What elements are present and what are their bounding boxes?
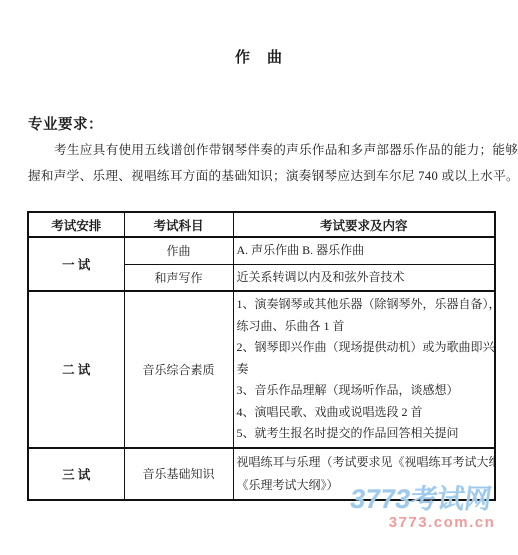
- cell-content-harmony-writing: 近关系转调以内及和弦外音技术: [233, 264, 495, 291]
- content-line: 近关系转调以内及和弦外音技术: [237, 267, 493, 289]
- exam-table: 考试安排 考试科目 考试要求及内容 一 试 作曲 A. 声乐作曲 B. 器乐作曲…: [27, 211, 496, 501]
- document-page: 作 曲 专业要求： 考生应具有使用五线谱创作带钢琴伴奏的声乐作品和多声部器乐作品…: [0, 0, 518, 555]
- table-row-exam1-composition: 一 试 作曲 A. 声乐作曲 B. 器乐作曲: [28, 237, 495, 264]
- cell-exam-3: 三 试: [28, 448, 124, 500]
- content-line: 1、演奏钢琴或其他乐器（除钢琴外，乐器自备），: [237, 294, 493, 316]
- cell-exam-2: 二 试: [28, 291, 124, 448]
- cell-subject-music-comprehensive: 音乐综合素质: [124, 291, 233, 448]
- table-header-row: 考试安排 考试科目 考试要求及内容: [28, 212, 495, 237]
- col-header-exam-requirements: 考试要求及内容: [233, 212, 495, 237]
- col-header-exam-subject: 考试科目: [124, 212, 233, 237]
- content-line: 视唱练耳与乐理（考试要求见《视唱练耳考试大纲》: [237, 451, 493, 474]
- cell-content-composition: A. 声乐作曲 B. 器乐作曲: [233, 237, 495, 264]
- cell-content-music-comprehensive: 1、演奏钢琴或其他乐器（除钢琴外，乐器自备）， 练习曲、乐曲各 1 首 2、钢琴…: [233, 291, 495, 448]
- watermark: 3773考试网 3773.com.cn: [330, 484, 512, 531]
- content-line: 奏: [237, 359, 493, 381]
- watermark-domain-text: 3773.com.cn: [330, 514, 512, 531]
- cell-subject-harmony-writing: 和声写作: [124, 264, 233, 291]
- requirement-line-2: 握和声学、乐理、视唱练耳方面的基础知识；演奏钢琴应达到车尔尼 740 或以上水平…: [28, 164, 494, 190]
- cell-subject-composition: 作曲: [124, 237, 233, 264]
- content-line: A. 声乐作曲 B. 器乐作曲: [237, 240, 493, 262]
- requirements-paragraph: 考生应具有使用五线谱创作带钢琴伴奏的声乐作品和多声部器乐作品的能力；能够掌 握和…: [28, 138, 494, 189]
- watermark-brand-logo: 3773考试网: [328, 484, 514, 514]
- cell-subject-music-fundamentals: 音乐基础知识: [124, 448, 233, 500]
- content-line: 练习曲、乐曲各 1 首: [237, 316, 493, 338]
- requirement-line-1: 考生应具有使用五线谱创作带钢琴伴奏的声乐作品和多声部器乐作品的能力；能够掌: [28, 138, 494, 164]
- content-line: 5、就考生报名时提交的作品回答相关提问: [237, 423, 493, 445]
- content-line: 3、音乐作品理解（现场听作品，谈感想）: [237, 380, 493, 402]
- table-row-exam2: 二 试 音乐综合素质 1、演奏钢琴或其他乐器（除钢琴外，乐器自备）， 练习曲、乐…: [28, 291, 495, 448]
- section-heading: 专业要求：: [28, 113, 103, 134]
- content-line: 4、演唱民歌、戏曲或说唱选段 2 首: [237, 402, 493, 424]
- col-header-exam-arrangement: 考试安排: [28, 212, 124, 237]
- cell-exam-1: 一 试: [28, 237, 124, 291]
- content-line: 2、钢琴即兴作曲（现场提供动机）或为歌曲即兴伴: [237, 337, 493, 359]
- page-title: 作 曲: [0, 46, 518, 67]
